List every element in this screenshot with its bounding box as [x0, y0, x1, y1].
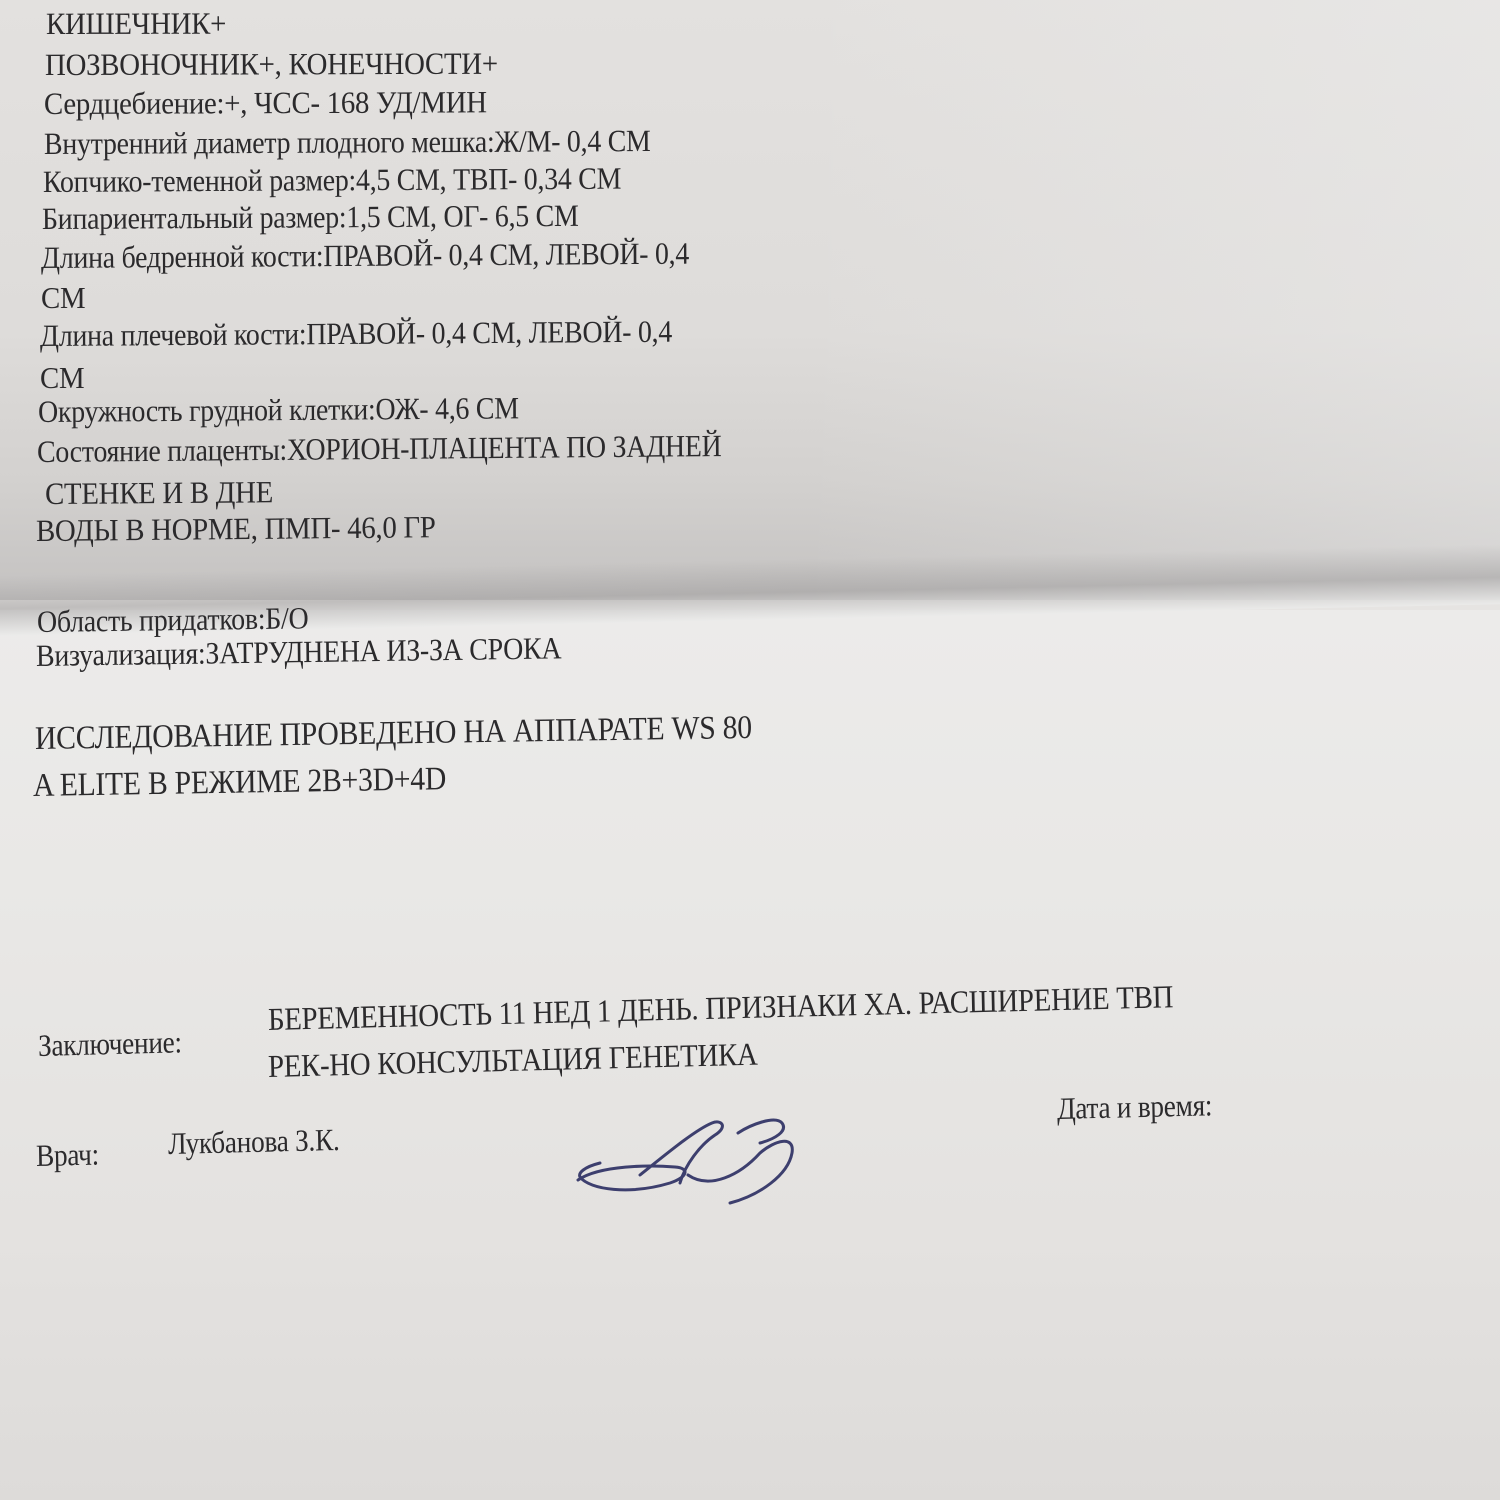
- report-line-chest-circumference: Окружность грудной клетки:ОЖ- 4,6 СМ: [38, 392, 519, 427]
- report-line-visualization: Визуализация:ЗАТРУДНЕНА ИЗ-ЗА СРОКА: [36, 632, 562, 671]
- doctor-label: Врач:: [36, 1139, 99, 1171]
- report-line-heartbeat: Сердцебиение:+, ЧСС- 168 УД/МИН: [44, 86, 487, 119]
- report-line-intestine: КИШЕЧНИК+: [46, 8, 226, 39]
- datetime-label: Дата и время:: [1057, 1089, 1213, 1124]
- report-line-femur-length: Длина бедренной кости:ПРАВОЙ- 0,4 СМ, ЛЕ…: [41, 238, 689, 273]
- report-line-humerus-unit: СМ: [40, 362, 84, 393]
- report-line-amniotic-fluid: ВОДЫ В НОРМЕ, ПМП- 46,0 ГР: [36, 511, 436, 546]
- report-line-placenta-cont: СТЕНКЕ И В ДНЕ: [45, 476, 273, 509]
- report-line-gestational-sac: Внутренний диаметр плодного мешка:Ж/М- 0…: [44, 125, 651, 159]
- report-line-device-mode: A ELITE В РЕЖИМЕ 2B+3D+4D: [33, 763, 446, 803]
- report-line-femur-unit: СМ: [41, 282, 85, 313]
- report-line-placenta: Состояние плаценты:ХОРИОН-ПЛАЦЕНТА ПО ЗА…: [37, 430, 722, 467]
- conclusion-label: Заключение:: [38, 1026, 182, 1061]
- report-line-spine-limbs: ПОЗВОНОЧНИК+, КОНЕЧНОСТИ+: [45, 48, 498, 80]
- report-line-bpd-hc: Бипариентальный размер:1,5 СМ, ОГ- 6,5 С…: [42, 200, 579, 234]
- handwritten-signature-icon: [570, 1105, 810, 1205]
- doctor-name: Лукбанова З.К.: [168, 1124, 340, 1159]
- report-line-humerus-length: Длина плечевой кости:ПРАВОЙ- 0,4 СМ, ЛЕВ…: [40, 316, 672, 351]
- report-line-crl-nt: Копчико-теменной размер:4,5 СМ, ТВП- 0,3…: [43, 163, 621, 197]
- report-line-adnexa: Область придатков:Б/О: [37, 602, 309, 637]
